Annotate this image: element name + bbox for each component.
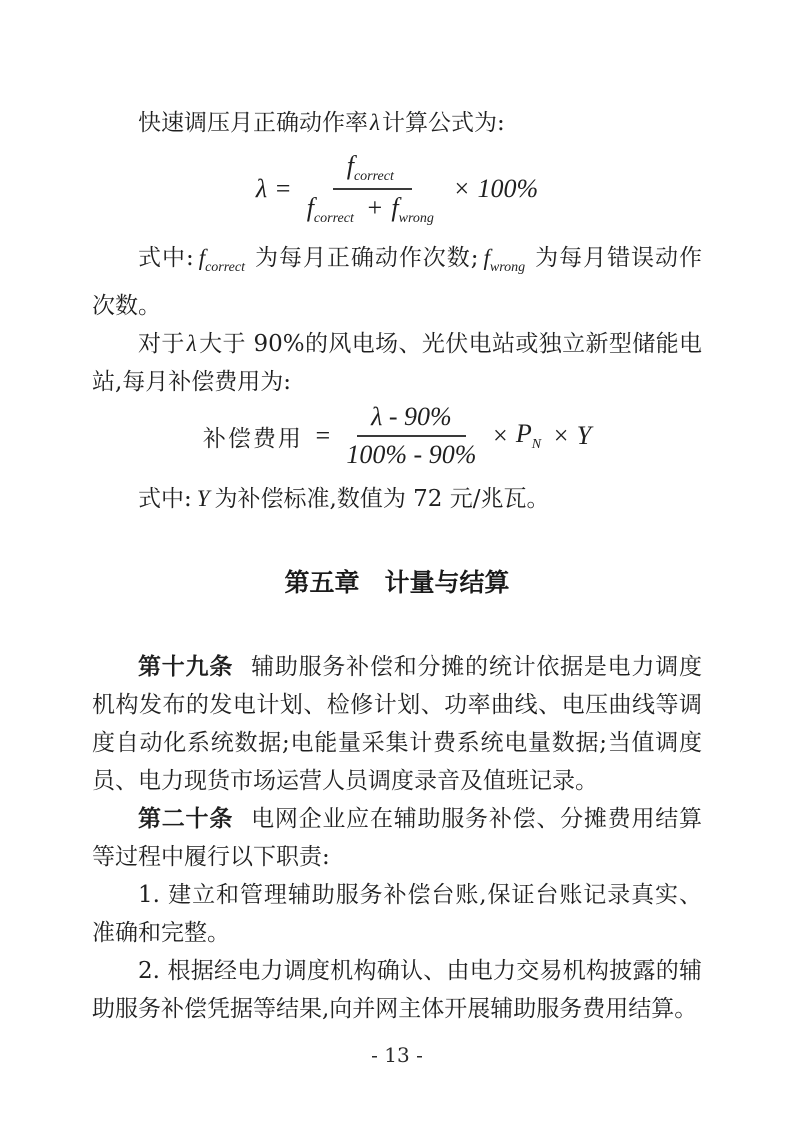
formula1-fraction: fcorrect fcorrect+fwrong	[303, 152, 442, 227]
article-20-paragraph: 第二十条电网企业应在辅助服务补偿、分摊费用结算等过程中履行以下职责:	[92, 800, 702, 876]
explain1-mid: 为每月正确动作次数;	[254, 245, 479, 271]
intro-text-post: 计算公式为:	[382, 110, 505, 136]
document-page: { "content": { "intro": { "pre": "快速调压月正…	[0, 0, 794, 1123]
condition-pre: 对于	[138, 331, 185, 357]
formula1-denominator: fcorrect+fwrong	[303, 190, 442, 226]
article-19-label: 第十九条	[138, 654, 233, 680]
page-content: 快速调压月正确动作率λ计算公式为: λ = fcorrect fcorrect+…	[92, 104, 702, 1028]
equals-sign: =	[274, 174, 292, 204]
formula1-result: 100%	[477, 174, 538, 204]
chapter-title: 第五章 计量与结算	[92, 564, 702, 602]
article-20-item-1: 1. 建立和管理辅助服务补偿台账,保证台账记录真实、准确和完整。	[92, 876, 702, 952]
multiply-sign: ×	[552, 421, 570, 451]
explain2-prefix: 式中:	[138, 486, 192, 512]
explain1-prefix: 式中:	[138, 245, 194, 271]
article-20-label: 第二十条	[138, 806, 233, 832]
formula2-lhs: 补偿费用	[203, 420, 303, 453]
f-correct-var: fcorrect	[194, 245, 254, 270]
page-number: - 13 -	[0, 1043, 794, 1067]
lambda-symbol: λ	[185, 331, 199, 356]
formula1-numerator: fcorrect	[333, 152, 412, 190]
intro-paragraph: 快速调压月正确动作率λ计算公式为:	[92, 104, 702, 142]
formula2-denominator: 100% - 90%	[342, 437, 480, 470]
y-var: Y	[577, 421, 591, 451]
explanation2-paragraph: 式中:Y为补偿标准,数值为 72 元/兆瓦。	[92, 480, 702, 518]
multiply-sign: ×	[453, 174, 471, 204]
plus-sign: +	[366, 193, 384, 222]
explanation1-paragraph: 式中:fcorrect为每月正确动作次数;fwrong为每月错误动作次数。	[92, 239, 702, 325]
formula2-fraction: λ - 90% 100% - 90%	[342, 403, 480, 470]
y-standard-var: Y	[192, 486, 215, 511]
formula1-lhs: λ	[256, 174, 267, 204]
formula2-numerator: λ - 90%	[357, 403, 466, 438]
formula-correct-action-rate: λ = fcorrect fcorrect+fwrong × 100%	[92, 152, 702, 227]
multiply-sign: ×	[491, 421, 509, 451]
article-19-paragraph: 第十九条辅助服务补偿和分摊的统计依据是电力调度机构发布的发电计划、检修计划、功率…	[92, 648, 702, 800]
p-rated-var: PN	[516, 419, 545, 453]
lambda-symbol: λ	[368, 110, 382, 135]
f-wrong-var: fwrong	[479, 245, 535, 270]
condition-paragraph: 对于λ大于 90%的风电场、光伏电站或独立新型储能电站,每月补偿费用为:	[92, 325, 702, 401]
article-20-item-2: 2. 根据经电力调度机构确认、由电力交易机构披露的辅助服务补偿凭据等结果,向并网…	[92, 952, 702, 1028]
intro-text-pre: 快速调压月正确动作率	[138, 110, 368, 136]
explain2-tail: 为补偿标准,数值为 72 元/兆瓦。	[215, 486, 550, 512]
formula-compensation-fee: 补偿费用 = λ - 90% 100% - 90% × PN × Y	[92, 403, 702, 470]
equals-sign: =	[314, 421, 332, 451]
